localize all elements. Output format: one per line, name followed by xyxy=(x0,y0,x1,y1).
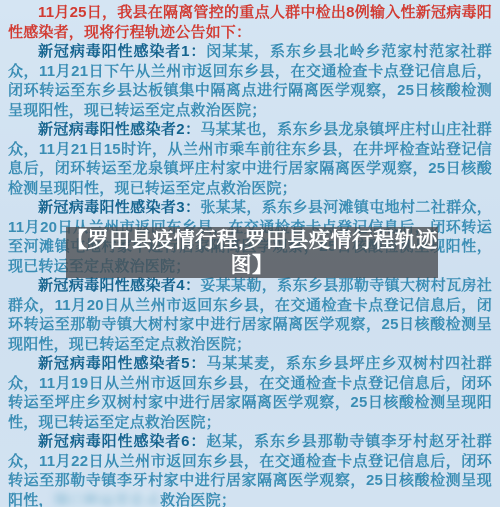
case-1-label: 新冠病毒阳性感染者1： xyxy=(38,43,206,60)
caption-overlay-title: 【罗田县疫情行程,罗田县疫情行程轨迹图】 xyxy=(66,228,438,278)
caption-overlay: 【罗田县疫情行程,罗田县疫情行程轨迹图】 xyxy=(66,227,438,278)
case-paragraph-2: 新冠病毒阳性感染者2：马某某也，系东乡县龙泉镇坪庄村山庄社群众，11月21日15… xyxy=(8,120,492,198)
case-paragraph-4: 新冠病毒阳性感染者4：妥某某勒，系东乡县那勒寺镇大树村瓦房社群众，11月20日从… xyxy=(8,276,492,354)
case-3-label: 新冠病毒阳性感染者3： xyxy=(38,199,200,216)
case-4-label: 新冠病毒阳性感染者4： xyxy=(38,277,200,294)
smudge-patch: 现已转运至定点 xyxy=(54,491,160,507)
announcement-intro: 11月25日，我县在隔离管控的重点人群中检出8例输入性新冠病毒阳性感染者，现将行… xyxy=(8,3,492,42)
case-paragraph-6: 新冠病毒阳性感染者6：赵某，系东乡县那勒寺镇李牙村赵牙社群众，11月22日从兰州… xyxy=(8,432,492,507)
case-6-body-end: 救治医院； xyxy=(160,492,236,507)
case-6-label: 新冠病毒阳性感染者6： xyxy=(38,433,206,450)
case-2-label: 新冠病毒阳性感染者2： xyxy=(38,121,200,138)
case-5-label: 新冠病毒阳性感染者5： xyxy=(38,355,206,372)
case-paragraph-1: 新冠病毒阳性感染者1：闵某某，系东乡县北岭乡范家村范家社群众，11月21日下午从… xyxy=(8,42,492,120)
case-paragraph-5: 新冠病毒阳性感染者5：马某某麦，系东乡县坪庄乡双树村四社群众，11月19日从兰州… xyxy=(8,354,492,432)
